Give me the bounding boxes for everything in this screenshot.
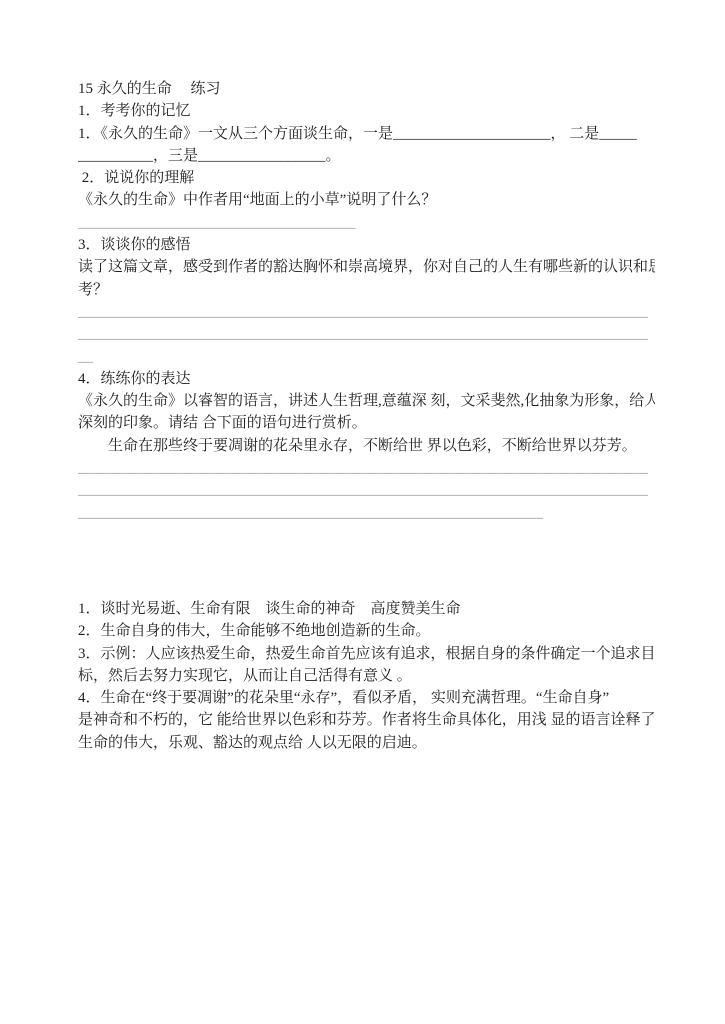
q3-text-line-1: 读了这篇文章，感受到作者的豁达胸怀和崇高境界，你对自己的人生有哪些新的认识和思	[78, 256, 655, 278]
q2-text: 《永久的生命》中作者用“地面上的小草”说明了什么？	[78, 189, 655, 211]
answer-blank-line: ________________________________________…	[78, 301, 655, 323]
section-4-heading: 4．练练你的表达	[78, 368, 655, 390]
section-1-heading: 1．考考你的记忆	[78, 100, 655, 122]
answer-blank-line: ________________________________________…	[78, 323, 655, 345]
answer-blank-line: ________________________________________…	[78, 457, 655, 479]
q4-quote-sentence: 生命在那些终于要凋谢的花朵里永存，不断给世 界以色彩，不断给世界以芬芳。	[78, 435, 655, 457]
answer-blank-line: _____________________________________	[78, 212, 655, 234]
q1-text-line-2: __________，三是_________________。	[78, 145, 655, 167]
section-3-heading: 3．谈谈你的感悟	[78, 234, 655, 256]
answer-key-line-7: 生命的伟大，乐观、豁达的观点给 人以无限的启迪。	[78, 732, 655, 754]
blank-gap	[78, 524, 655, 598]
document-page: 15 永久的生命 练习 1．考考你的记忆 1．《永久的生命》一文从三个方面谈生命…	[0, 0, 725, 1024]
answer-blank-line-short: __	[78, 346, 655, 368]
answer-blank-line: ________________________________________…	[78, 479, 655, 501]
answer-key-line-6: 是神奇和不朽的，它 能给世界以色彩和芬芳。作者将生命具体化，用浅 显的语言诠释了	[78, 709, 655, 731]
answer-key-line-2: 2．生命自身的伟大，生命能够不绝地创造新的生命。	[78, 620, 655, 642]
q1-text-line-1: 1．《永久的生命》一文从三个方面谈生命，一是__________________…	[78, 123, 655, 145]
q4-text-line-2: 深刻的印象。请结 合下面的语句进行赏析。	[78, 412, 655, 434]
answer-key-line-4: 标，然后去努力实现它，从而让自己活得有意义 。	[78, 665, 655, 687]
answer-key-line-5: 4．生命在“终于要凋谢”的花朵里“永存”，看似矛盾， 实则充满哲理。“生命自身”	[78, 687, 655, 709]
q3-text-line-2: 考？	[78, 279, 655, 301]
answer-key-line-3: 3．示例：人应该热爱生命，热爱生命首先应该有追求，根据自身的条件确定一个追求目	[78, 643, 655, 665]
answer-key-line-1: 1．谈时光易逝、生命有限 谈生命的神奇 高度赞美生命	[78, 598, 655, 620]
q4-text-line-1: 《永久的生命》以睿智的语言，讲述人生哲理,意蕴深 刻，文采斐然,化抽象为形象，给…	[78, 390, 655, 412]
section-2-heading: 2．说说你的理解	[78, 167, 655, 189]
answer-blank-line: ________________________________________…	[78, 502, 655, 524]
doc-title: 15 永久的生命 练习	[78, 78, 655, 100]
